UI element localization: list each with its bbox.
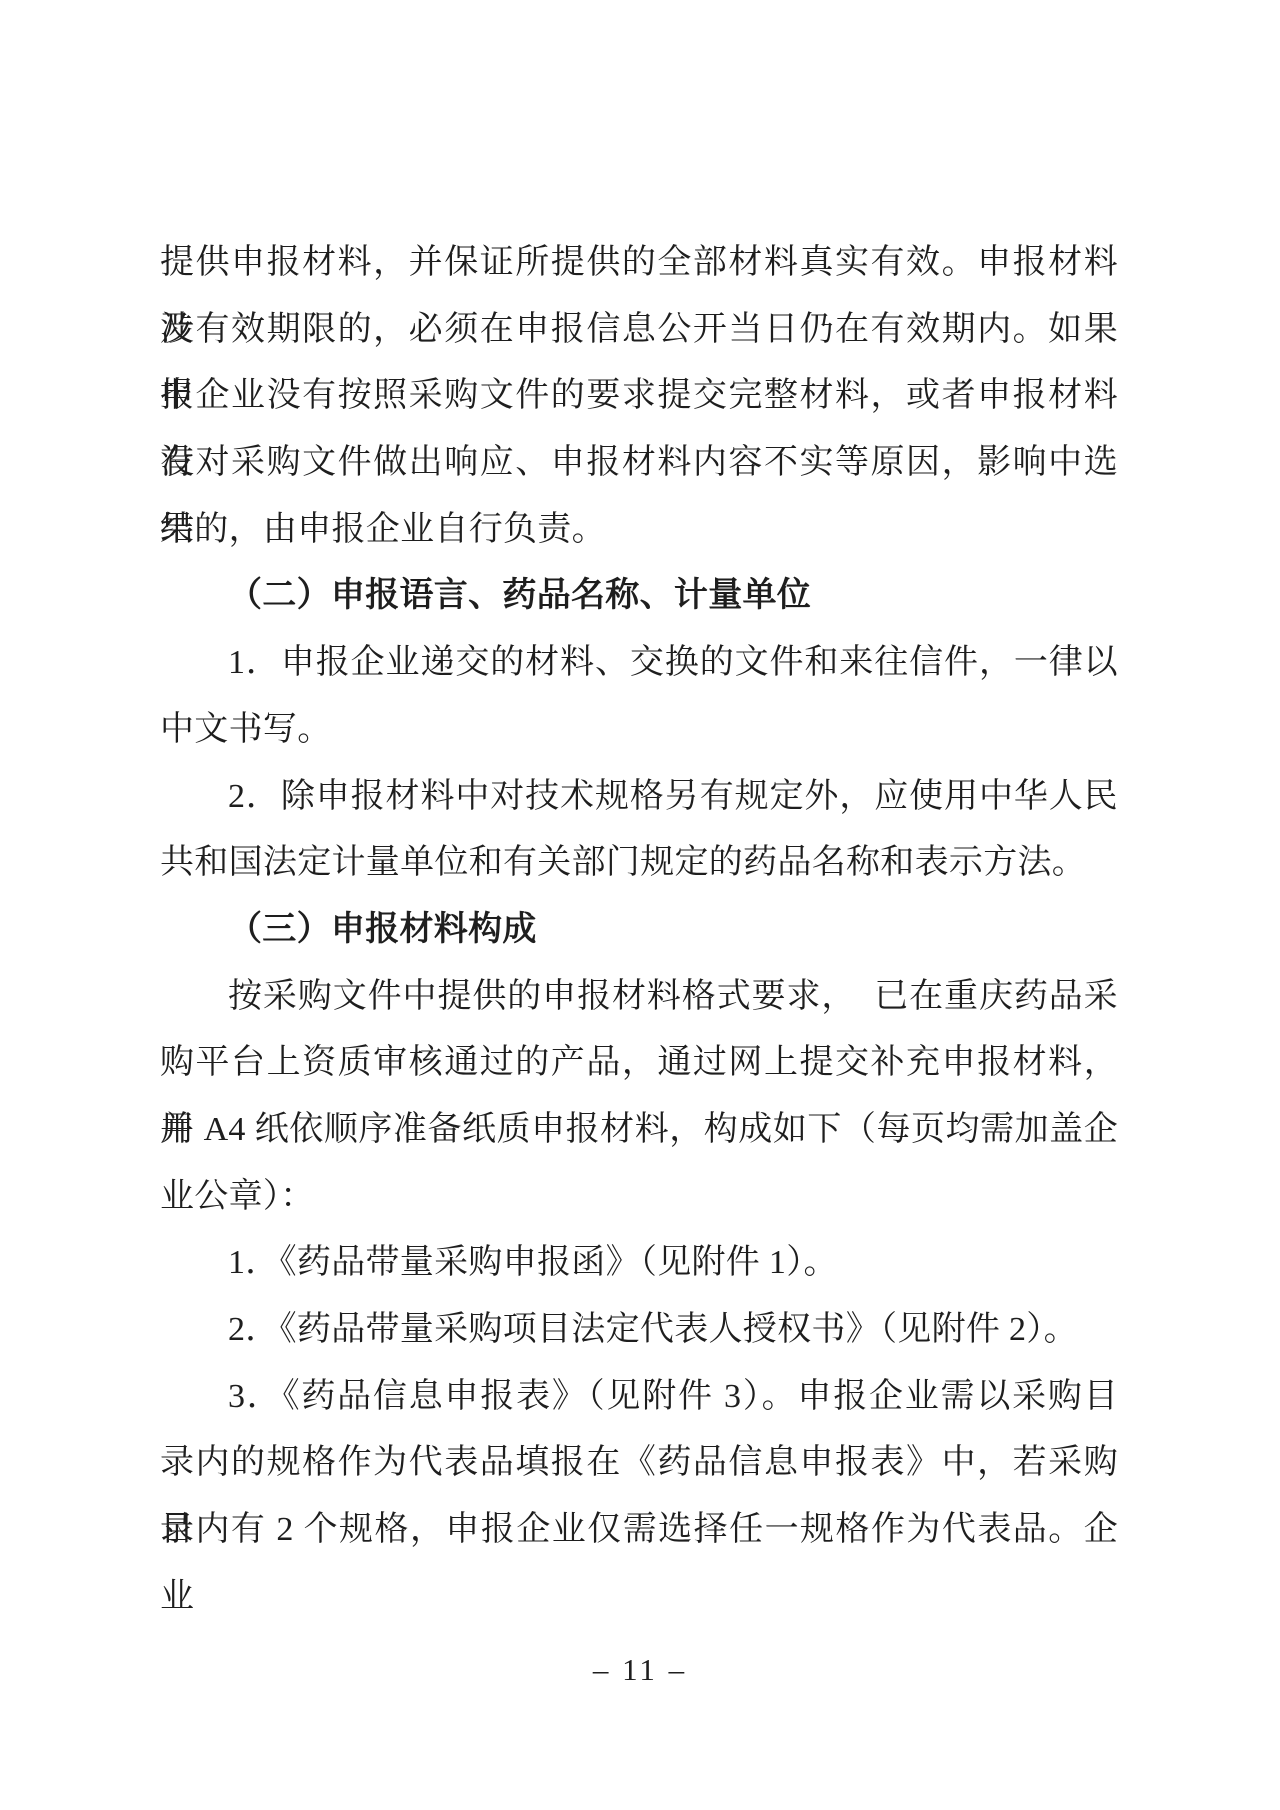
text-line: 按采购文件中提供的申报材料格式要求， 已在重庆药品采 xyxy=(160,964,1118,1031)
page-number: – 11 – xyxy=(0,1646,1280,1694)
list-item-3: 3．《药品信息申报表》（见附件 3）。申报企业需以采购目 xyxy=(160,1364,1118,1431)
text-line: 录内的规格作为代表品填报在《药品信息申报表》中，若采购目 xyxy=(160,1430,1118,1497)
text-line: 提供申报材料，并保证所提供的全部材料真实有效。申报材料涉 xyxy=(160,230,1118,297)
text-line: 2．除申报材料中对技术规格另有规定外，应使用中华人民 xyxy=(160,764,1118,831)
text-line: 共和国法定计量单位和有关部门规定的药品名称和表示方法。 xyxy=(160,830,1118,897)
list-item-1: 1．《药品带量采购申报函》（见附件 1）。 xyxy=(160,1230,1118,1297)
text-line: 业公章）： xyxy=(160,1164,1118,1231)
text-line: 录内有 2 个规格，申报企业仅需选择任一规格作为代表品。企业 xyxy=(160,1497,1118,1564)
document-body: 提供申报材料，并保证所提供的全部材料真实有效。申报材料涉 及有效期限的，必须在申… xyxy=(160,230,1118,1564)
text-line: 中文书写。 xyxy=(160,697,1118,764)
text-line: 报企业没有按照采购文件的要求提交完整材料，或者申报材料没 xyxy=(160,363,1118,430)
text-line: 及有效期限的，必须在申报信息公开当日仍在有效期内。如果申 xyxy=(160,297,1118,364)
section-heading-3: （三）申报材料构成 xyxy=(160,897,1118,964)
text-line: 有对采购文件做出响应、申报材料内容不实等原因，影响中选结 xyxy=(160,430,1118,497)
document-page: { "content": { "lines": [ {"text": "提供申报… xyxy=(0,0,1280,1810)
text-line: 果的，由申报企业自行负责。 xyxy=(160,497,1118,564)
text-line: 用 A4 纸依顺序准备纸质申报材料，构成如下（每页均需加盖企 xyxy=(160,1097,1118,1164)
text-line: 1．申报企业递交的材料、交换的文件和来往信件，一律以 xyxy=(160,630,1118,697)
list-item-2: 2．《药品带量采购项目法定代表人授权书》（见附件 2）。 xyxy=(160,1297,1118,1364)
text-line: 购平台上资质审核通过的产品，通过网上提交补充申报材料，并 xyxy=(160,1030,1118,1097)
section-heading-2: （二）申报语言、药品名称、计量单位 xyxy=(160,563,1118,630)
